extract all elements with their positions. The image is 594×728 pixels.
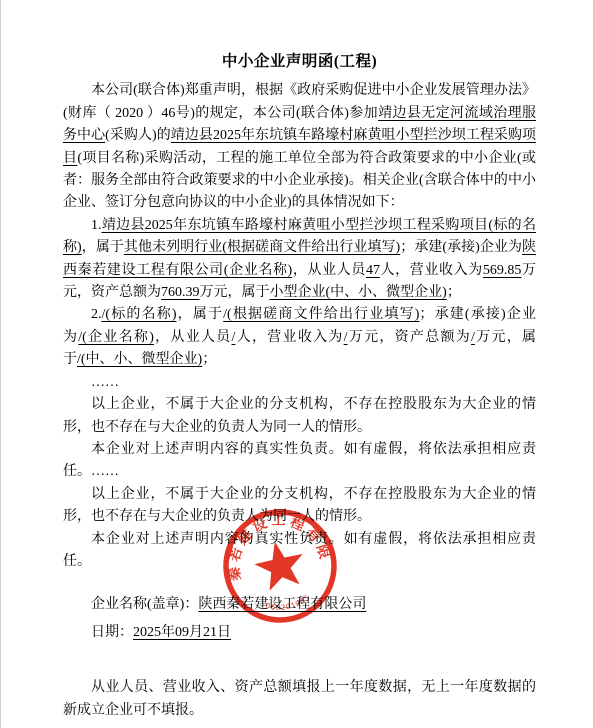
declaration-document-page: 中小企业声明函(工程) 本公司(联合体)郑重声明，根据《政府采购促进中小企业发展… <box>0 0 594 728</box>
signature-company-value: 陕西秦若建设工程有限公司 <box>198 597 366 612</box>
item1-number: 1. <box>91 218 102 233</box>
item2-text-1: ，属于 <box>177 307 224 322</box>
item1-employees-value: 47 <box>366 263 380 278</box>
signature-company-label: 企业名称(盖章)： <box>91 597 198 612</box>
paragraph-intro: 本公司(联合体)郑重声明，根据《政府采购促进中小企业发展管理办法》(财库（ 20… <box>63 80 536 214</box>
paragraph-item-1: 1.靖边县2025年东坑镇车路壕村麻黄咀小型拦沙坝工程采购项目(标的名称)，属于… <box>63 215 536 305</box>
item2-industry: /(根据磋商文件给出行业填写) <box>223 307 419 322</box>
intro-text-2: (采购人)的 <box>105 128 171 143</box>
paragraph-footnote: 从业人员、营业收入、资产总额填报上一年度数据，无上一年度数据的新成立企业可不填报… <box>63 677 536 722</box>
item2-text-4: 人，营业收入为 <box>235 330 343 345</box>
item1-text-6: 万元，属于 <box>200 285 270 300</box>
item2-number: 2. <box>91 307 102 322</box>
item1-assets-value: 760.39 <box>161 285 200 300</box>
paragraph-no-branch-1: 以上企业，不属于大企业的分支机构，不存在控股股东为大企业的情形，也不存在与大企业… <box>63 394 536 439</box>
paragraph-responsibility-2: 本企业对上述声明内容的真实性负责。如有虚假，将依法承担相应责任。 <box>63 529 536 574</box>
paragraph-item-2: 2./(标的名称)，属于/(根据磋商文件给出行业填写)；承建(承接)企业为/(企… <box>63 304 536 371</box>
item2-text-7: ； <box>202 352 216 367</box>
item1-text-1: ，属于 <box>82 240 124 255</box>
item1-text-3: ，从业人员 <box>292 263 366 278</box>
item2-company-name: /(企业名称) <box>78 330 154 345</box>
document-title: 中小企业声明函(工程) <box>63 51 536 73</box>
paragraph-responsibility-1: 本企业对上述声明内容的真实性负责。如有虚假，将依法承担相应责任。…… <box>63 439 536 484</box>
item2-subject-name: /(标的名称) <box>102 307 177 322</box>
item1-industry: 其他未列明行业(根据磋商文件给出行业填写) <box>124 240 400 255</box>
item1-enterprise-size: 小型企业(中、小、微型企业) <box>270 285 447 300</box>
item2-text-3: ，从业人员 <box>154 330 232 345</box>
intro-text-3: (项目名称)采购活动，工程的施工单位全部为符合政策要求的中小企业(或者：服务全部… <box>63 151 536 211</box>
paragraph-ellipsis: …… <box>63 372 536 394</box>
item1-text-7: ； <box>447 285 461 300</box>
item2-text-5: 万元，资产总额为 <box>348 330 471 345</box>
item2-enterprise-size: /(中、小、微型企业) <box>77 352 202 367</box>
signature-company-line: 企业名称(盖章)：陕西秦若建设工程有限公司 <box>63 594 536 616</box>
item1-text-2: ；承建(承接)企业为 <box>400 240 522 255</box>
paragraph-no-branch-2: 以上企业，不属于大企业的分支机构，不存在控股股东为大企业的情形，也不存在与大企业… <box>63 484 536 529</box>
signature-date-line: 日期：2025年09月21日 <box>63 622 536 644</box>
item1-text-4: 人，营业收入为 <box>380 263 483 278</box>
signature-date-value: 2025年09月21日 <box>133 625 231 640</box>
signature-date-label: 日期： <box>91 625 133 640</box>
item1-revenue-value: 569.85 <box>483 263 522 278</box>
